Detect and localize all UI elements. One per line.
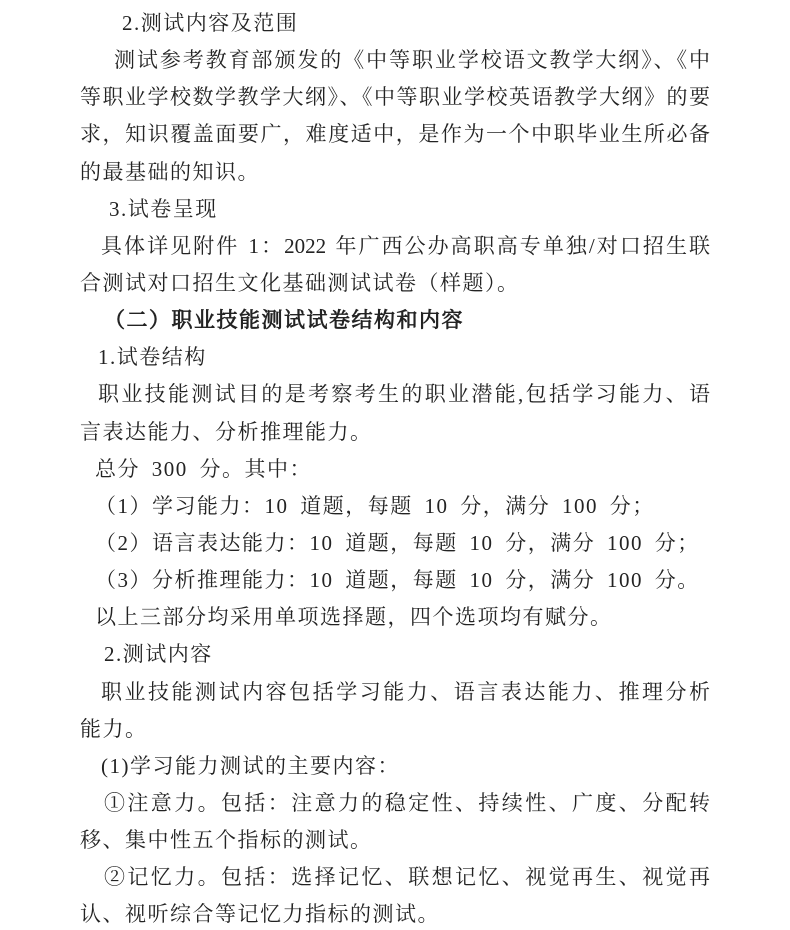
text-line-memory: ②记忆力。包括：选择记忆、联想记忆、视觉再生、视觉再 [80, 859, 710, 896]
text-line-question-type: 以上三部分均采用单项选择题，四个选项均有赋分。 [80, 599, 710, 636]
section-heading-skill-test: （二）职业技能测试试卷结构和内容 [80, 302, 710, 339]
list-item-analysis-ability: （3）分析推理能力：10 道题，每题 10 分，满分 100 分。 [80, 562, 710, 599]
text-line: 职业技能测试目的是考察考生的职业潜能,包括学习能力、语 [80, 376, 710, 413]
text-line-total-score: 总分 300 分。其中： [80, 451, 710, 488]
text-line: 能力。 [80, 711, 710, 748]
text-line: 等职业学校数学教学大纲》、《中等职业学校英语教学大纲》的要 [80, 79, 710, 116]
text-line: 合测试对口招生文化基础测试试卷（样题）。 [80, 265, 710, 302]
heading-paper-presentation: 3.试卷呈现 [80, 191, 710, 228]
text-line: 具体详见附件 1：2022 年广西公办高职高专单独/对口招生联 [80, 228, 710, 265]
text-line-attention: ①注意力。包括：注意力的稳定性、持续性、广度、分配转 [80, 785, 710, 822]
list-item-learning-ability: （1）学习能力：10 道题，每题 10 分，满分 100 分； [80, 488, 710, 525]
document-page: 2.测试内容及范围 测试参考教育部颁发的《中等职业学校语文教学大纲》、《中 等职… [0, 0, 790, 930]
text-line: 移、集中性五个指标的测试。 [80, 822, 710, 859]
heading-test-content: 2.测试内容 [80, 636, 710, 673]
list-item-language-ability: （2）语言表达能力：10 道题，每题 10 分，满分 100 分； [80, 525, 710, 562]
heading-test-content-scope: 2.测试内容及范围 [80, 5, 710, 42]
text-line: 求，知识覆盖面要广，难度适中，是作为一个中职毕业生所必备 [80, 116, 710, 153]
text-line: 职业技能测试内容包括学习能力、语言表达能力、推理分析 [80, 674, 710, 711]
document-text: 2.测试内容及范围 测试参考教育部颁发的《中等职业学校语文教学大纲》、《中 等职… [80, 5, 710, 930]
heading-paper-structure: 1.试卷结构 [80, 339, 710, 376]
text-line: 认、视听综合等记忆力指标的测试。 [80, 896, 710, 930]
text-line: 的最基础的知识。 [80, 154, 710, 191]
text-line: 言表达能力、分析推理能力。 [80, 414, 710, 451]
text-line: 测试参考教育部颁发的《中等职业学校语文教学大纲》、《中 [80, 42, 710, 79]
list-item-learning-content: (1)学习能力测试的主要内容： [80, 748, 710, 785]
